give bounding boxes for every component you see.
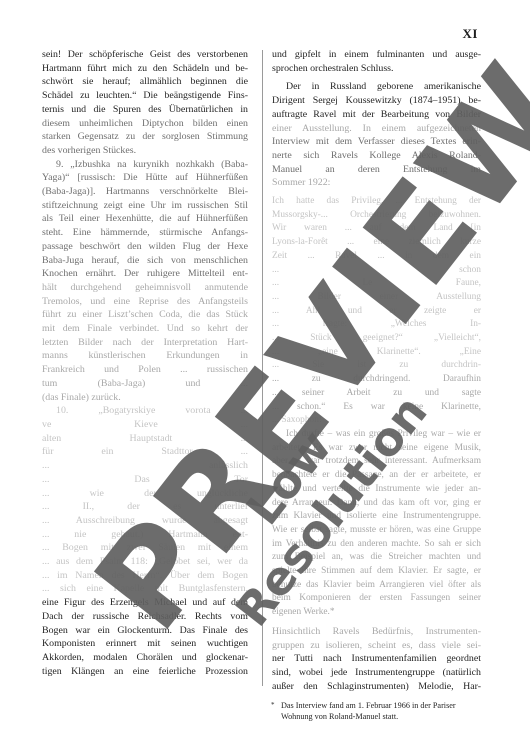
text-line: einer Ausstellung. In einem aufgezeichne… <box>272 122 481 136</box>
text-line: des vorherigen Stückes. <box>42 144 248 158</box>
text-line: führt zu einer Liszt’schen Coda, die das… <box>42 308 248 322</box>
text-line: und gipfelt in einem fulminanten und aus… <box>272 48 481 62</box>
quote-line: ... Stück geeignet?“ „Vielleicht“, <box>272 332 481 346</box>
quote-line: im Verhältnis zu den anderen machte. So … <box>272 538 481 552</box>
quote-line: ... fragte: „Welches In- <box>272 318 481 332</box>
text-line: Interview mit dem Verfasser dieses Texte… <box>272 135 481 149</box>
quote-line: ... schon.“ Es war keine Klarinette, <box>272 401 481 415</box>
column-divider <box>262 50 263 686</box>
quote-line: ... schon <box>272 264 481 278</box>
quote-line: Ich durfte – was ein großes Privileg war… <box>272 428 481 442</box>
text-line: steht. Eine hämmernde, stürmische Anfang… <box>42 226 248 240</box>
text-line: ... Bogen mit zwei Säulen mit einem <box>42 541 248 555</box>
text-line: starken Gegensatz zu der sorglosen Stimm… <box>42 130 248 144</box>
footnote-line: Das Interview fand am 1. Februar 1966 in… <box>272 701 482 712</box>
text-line: ... Ausschreibung wurde abgesagt <box>42 514 248 528</box>
text-line: Komponisten erinnert mit seinen wuchtige… <box>42 637 248 651</box>
text-line: passage beschwört den wilden Flug der He… <box>42 240 248 254</box>
text-line: ner Tutti nach Instrumentenfamilien geor… <box>272 652 481 666</box>
text-line: Der in Russland geborene amerikanische <box>272 80 481 94</box>
text-line: ... anlässlich <box>42 459 248 473</box>
page-number: XI <box>463 26 478 42</box>
quote-line: zum Klavier und isolierte eine Instrumen… <box>272 510 481 524</box>
text-line: Bogen war ein Glockenturm. Das Finale de… <box>42 624 248 638</box>
quote-line: Zeit ... Ravel ... in dem ein <box>272 250 481 264</box>
left-column: sein! Der schöpferische Geist des versto… <box>42 48 248 678</box>
text-line: ... aus dem Psalm 118: „Gelobet sei, wer… <box>42 555 248 569</box>
text-line: ... sich eine Kapelle mit Buntglasfenste… <box>42 582 248 596</box>
text-line: manns künstlerischen Erkundungen in <box>42 349 248 363</box>
quote-line: beim Komponieren der ersten Fassungen se… <box>272 592 481 606</box>
text-line: Manuel an deren Entstehung im <box>272 163 481 177</box>
text-line: ... im Namen des Herrn“. Über dem Bogen <box>42 569 248 583</box>
text-line: nerte sich Ravels Kollege Alexis Roland- <box>272 149 481 163</box>
text-line: Frankreich und Polen ... russischen <box>42 363 248 377</box>
quote-line: aber es war trotzdem sehr interessant. A… <box>272 455 481 469</box>
quote-line: Lyons-la-Forêt ... eine ziemlich kurze <box>272 236 481 250</box>
text-line: ... Das Tor <box>42 473 248 487</box>
quote-line: zum Beispiel an, was die Streicher macht… <box>272 551 481 565</box>
text-line: Baba-Juga herauf, die sich von menschlic… <box>42 254 248 268</box>
right-column: und gipfelt in einem fulminanten und aus… <box>272 48 481 693</box>
text-line: Knochen ernährt. Der ruhigere Mittelteil… <box>42 267 248 281</box>
quote-line: ... „eine Klarinette“. „Eine <box>272 346 481 360</box>
text-line: ... nie gebaut.) Hartmann ent- <box>42 528 248 542</box>
text-line: sein! Der schöpferische Geist des versto… <box>42 48 248 62</box>
footnote: * Das Interview fand am 1. Februar 1966 … <box>272 701 482 723</box>
text-line: eine Figur des Erzengels Michael und auf… <box>42 596 248 610</box>
quote-line: dere Arrangeur. Dann, und das kam oft vo… <box>272 497 481 511</box>
quote-line: wählte und verteilte die Instrumente wie… <box>272 483 481 497</box>
section-heading-10: 10. „Bogatyrskiye vorota ... <box>42 404 248 418</box>
text-line: (Baba-Jaga)]. Hartmanns verschnörkelte B… <box>42 185 248 199</box>
quote-line: spielte ihre Stimmen auf dem Klavier. Er… <box>272 565 481 579</box>
quote-line: ... Bilder einer Ausstellung <box>272 291 481 305</box>
text-line: Schädel zu leuchten.“ Die beängstigende … <box>42 89 248 103</box>
quote-line: benutze das Klavier beim Arrangieren vie… <box>272 579 481 593</box>
quote-line: ... Ah! und er zeigte er <box>272 305 481 319</box>
quote-line: Wie er selbst sagte, musste er hören, wa… <box>272 524 481 538</box>
text-line: sind, wobei jede Instrumentengruppe (nat… <box>272 666 481 680</box>
text-line: stiftzeichnung zeigt eine Uhr im russisc… <box>42 199 248 213</box>
text-line: Hartmann führt mich zu den Schädeln und … <box>42 62 248 76</box>
text-line: Akkorden, modalen Chorälen und glockenar… <box>42 651 248 665</box>
text-line: ... II., der es unterlief <box>42 500 248 514</box>
quote-line: ... Sie ist zu durchdrin- <box>272 359 481 373</box>
text-line: (das Finale) zurück. <box>42 391 248 405</box>
footnote-marker: * <box>271 700 275 711</box>
text-line: schwört sie herauf; allmählich beginnen … <box>42 75 248 89</box>
text-line: als Teil einer Hexenhütte, die auf Hühne… <box>42 212 248 226</box>
text-line: tum (Baba-Jaga) und ... <box>42 377 248 391</box>
text-line: ... wie der unglückliche <box>42 487 248 501</box>
quote-line: ... zu durchdringend. Daraufhin <box>272 373 481 387</box>
text-line: Dirigent Sergej Koussewitzky (1874–1951)… <box>272 94 481 108</box>
text-line: außer den Schlaginstrumenten) Melodie, H… <box>272 680 481 694</box>
text-line: Tremolos, und eine Reprise des Anfangste… <box>42 295 248 309</box>
quote-line: Wir waren ... auf dem Land [in <box>272 222 481 236</box>
quote-line: arbeitete. Es war zwar nicht seine eigen… <box>272 442 481 456</box>
text-line: für ein Stadttor ... <box>42 445 248 459</box>
text-line: Sommer 1922: <box>272 176 481 190</box>
text-line: hält durchgehend geheimnisvoll anmutende <box>42 281 248 295</box>
text-line: Dach der russische Reichsadler. Rechts v… <box>42 610 248 624</box>
text-line: alten Hauptstadt ... <box>42 432 248 446</box>
quote-line: beobachtete er die Passage, an der er ar… <box>272 469 481 483</box>
text-line: mit dem Finale verbindet. Und so kehrt d… <box>42 322 248 336</box>
text-line: gruppen zu isolieren, scheint es, dass v… <box>272 639 481 653</box>
text-line: ternis und die Spuren des Übernatürliche… <box>42 103 248 117</box>
section-heading-9: 9. „Izbushka na kurynikh nozhkakh (Baba- <box>42 158 248 172</box>
text-line: diesem unheimlichen Diptychon bilden ein… <box>42 117 248 131</box>
quote-line: Mussorgsky-... Orchestrierung beizuwohne… <box>272 209 481 223</box>
footnote-line: Wohnung von Roland-Manuel statt. <box>272 712 482 723</box>
text-line: sprochen orchestralen Schluss. <box>272 62 481 76</box>
text-line: tigen Klängen an eine feierliche Prozess… <box>42 665 248 679</box>
text-line: letzten Bilder nach der Interpretation H… <box>42 336 248 350</box>
quote-line: ... Le Faune, <box>272 277 481 291</box>
quote-line: Ich hatte das Privileg, ... Entstehung d… <box>272 195 481 209</box>
text-line: ve Kieve ... <box>42 418 248 432</box>
quote-line: ... Saxophon! <box>272 414 481 428</box>
block-quote: Ich hatte das Privileg, ... Entstehung d… <box>272 195 481 620</box>
quote-line: ... seiner Arbeit zu und sagte <box>272 387 481 401</box>
text-line: Yaga)“ [russisch: Die Hütte auf Hühnerfü… <box>42 171 248 185</box>
text-line: auftragte Ravel mit der Bearbeitung von … <box>272 108 481 122</box>
text-line: Hinsichtlich Ravels Bedürfnis, Instrumen… <box>272 625 481 639</box>
quote-line: eigenen Werke.* <box>272 606 481 620</box>
